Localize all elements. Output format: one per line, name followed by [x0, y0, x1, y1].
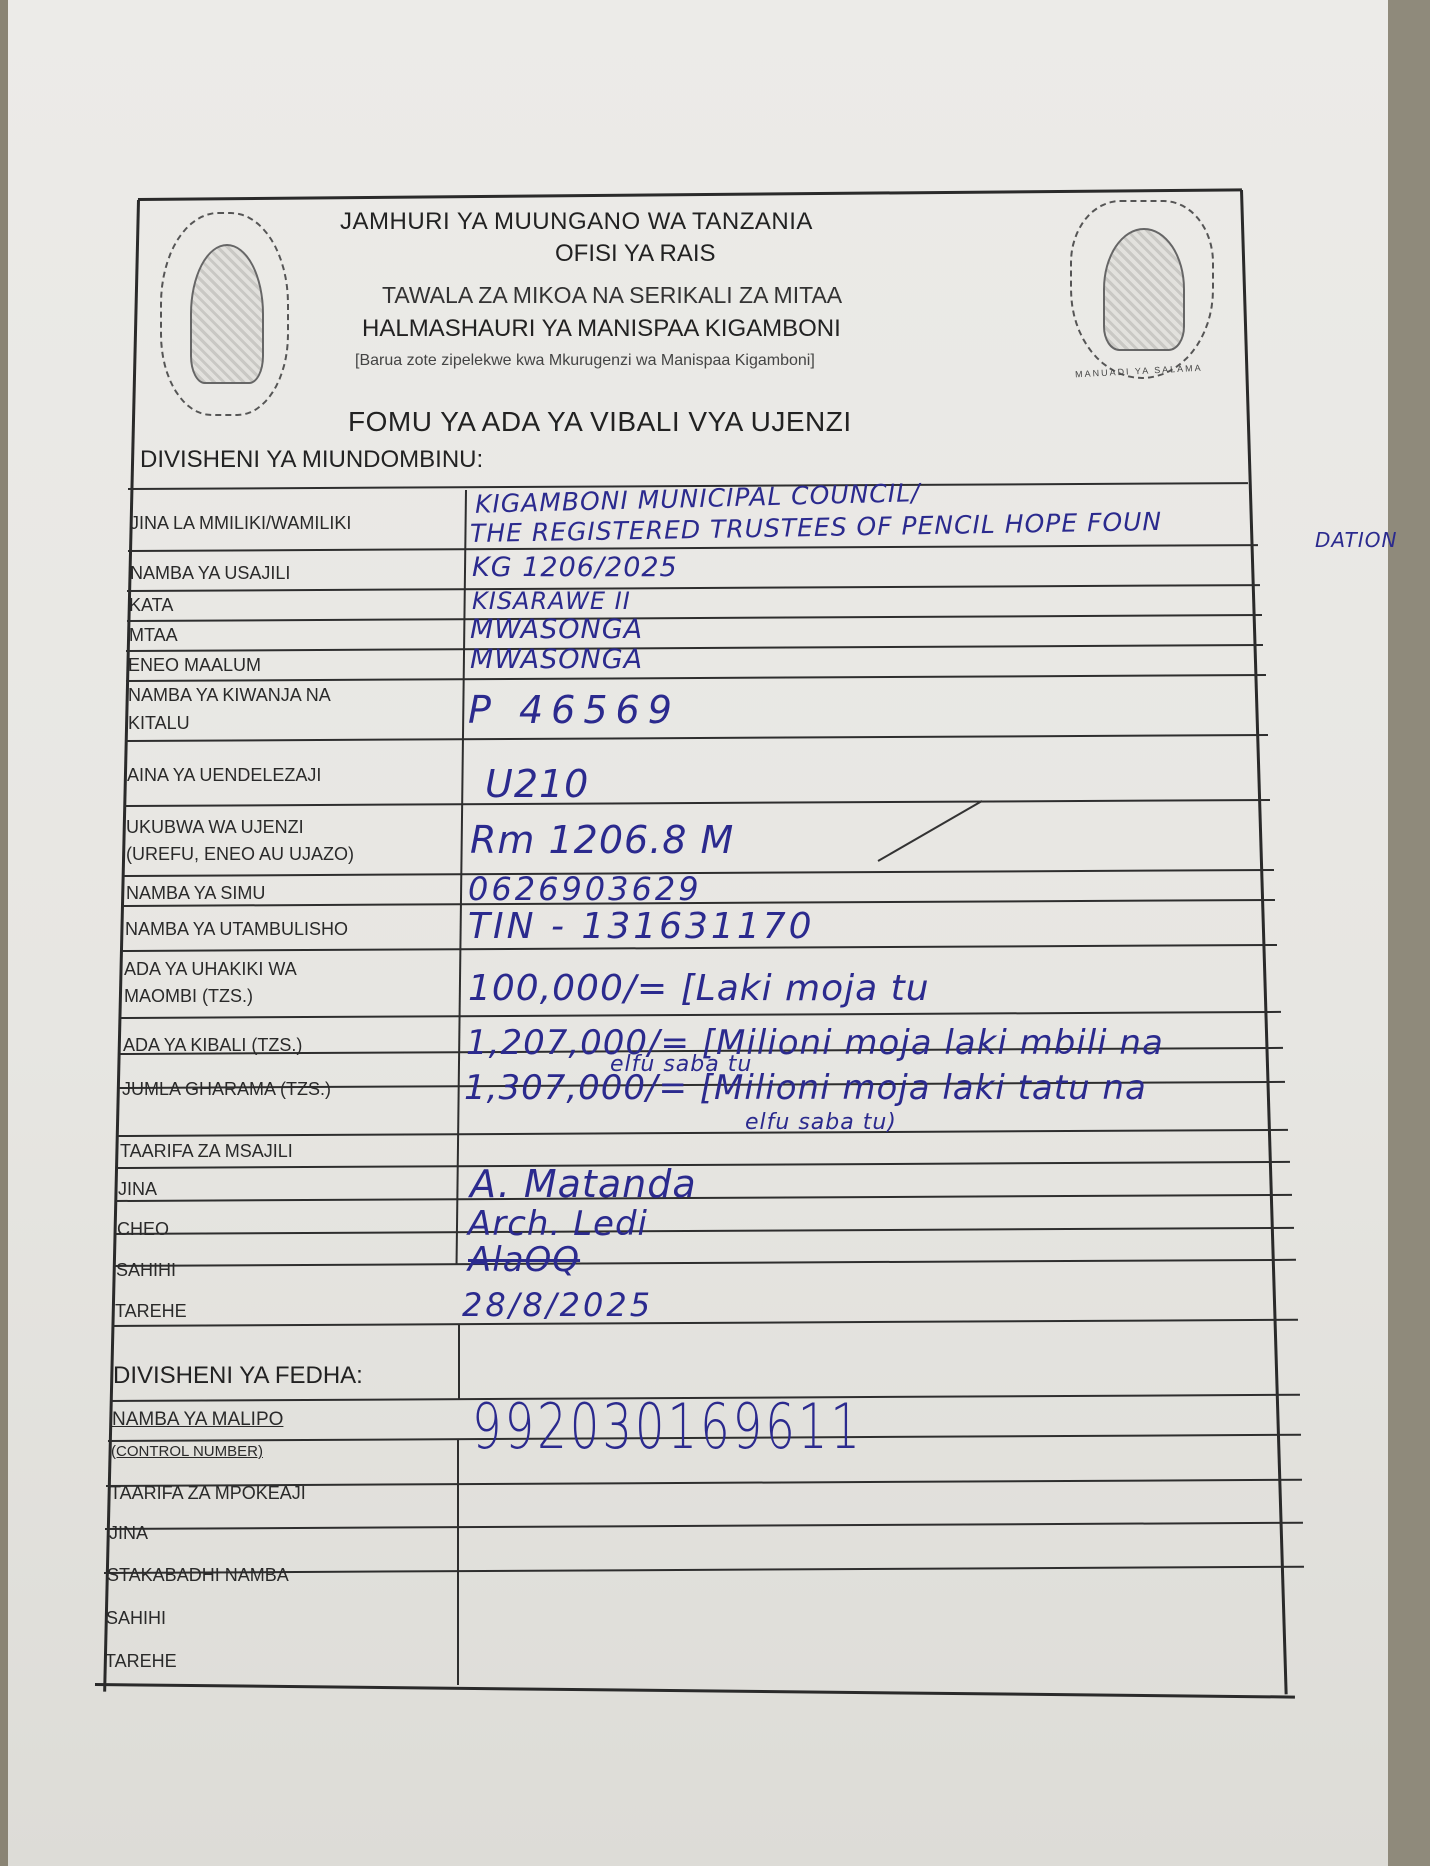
value-plot-number[interactable]: P 46569	[468, 688, 680, 732]
label-owner-name: JINA LA MMILIKI/WAMILIKI	[130, 512, 351, 535]
value-registrar-name[interactable]: A. Matanda	[470, 1162, 697, 1206]
value-total-cost[interactable]: 1,307,000/= [Milioni moja laki tatu na	[464, 1068, 1147, 1108]
header-line-1: JAMHURI YA MUUNGANO WA TANZANIA	[340, 208, 813, 236]
value-total-cost-cont[interactable]: elfu saba tu)	[745, 1110, 897, 1135]
value-id-number[interactable]: TIN - 131631170	[468, 906, 815, 947]
section-infrastructure-title: DIVISHENI YA MIUNDOMBINU:	[140, 446, 483, 474]
registrar-section-title: TAARIFA ZA MSAJILI	[120, 1140, 293, 1163]
label-development-type: AINA YA UENDELEZAJI	[127, 764, 321, 787]
header-line-4: HALMASHAURI YA MANISPAA KIGAMBONI	[362, 315, 841, 343]
value-street[interactable]: MWASONGA	[470, 614, 643, 645]
label-registrar-name: JINA	[118, 1178, 157, 1201]
label-registration-number: NAMBA YA USAJILI	[130, 562, 290, 585]
label-control-number: NAMBA YA MALIPO	[112, 1408, 283, 1431]
header-line-5: [Barua zote zipelekwe kwa Mkurugenzi wa …	[355, 352, 815, 370]
column-divider	[458, 1325, 460, 1400]
tanzania-coat-of-arms-icon	[160, 212, 289, 416]
label-phone-number: NAMBA YA SIMU	[126, 882, 265, 905]
label-id-number: NAMBA YA UTAMBULISHO	[125, 918, 348, 941]
form-title: FOMU YA ADA YA VIBALI VYA UJENZI	[348, 406, 852, 438]
background-surface	[1388, 0, 1430, 1866]
value-registrar-title[interactable]: Arch. Ledi	[468, 1204, 648, 1244]
label-registrar-title: CHEO	[117, 1218, 169, 1241]
label-special-area: ENEO MAALUM	[128, 654, 261, 677]
label-plot-number: NAMBA YA KIWANJA NAKITALU	[128, 684, 331, 739]
label-registrar-date: TAREHE	[115, 1300, 187, 1323]
label-registrar-signature: SAHIHI	[116, 1259, 176, 1282]
value-control-number[interactable]: 992030169611	[472, 1390, 863, 1463]
label-application-fee: ADA YA UHAKIKI WAMAOMBI (TZS.)	[124, 958, 297, 1011]
value-development-type[interactable]: U210	[485, 762, 589, 806]
label-building-size: UKUBWA WA UJENZI(UREFU, ENEO AU UJAZO)	[126, 816, 354, 869]
label-receipt-number: STAKABADHI NAMBA	[107, 1564, 289, 1587]
label-total-cost: JUMLA GHARAMA (TZS.)	[122, 1078, 331, 1101]
header-line-3: TAWALA ZA MIKOA NA SERIKALI ZA MITAA	[382, 282, 842, 309]
value-phone-number[interactable]: 0626903629	[468, 870, 702, 908]
value-registration-number[interactable]: KG 1206/2025	[472, 552, 678, 583]
label-recipient-signature: SAHIHI	[106, 1607, 166, 1630]
column-divider	[457, 1440, 459, 1685]
header-line-2: OFISI YA RAIS	[555, 240, 716, 268]
section-finance-title: DIVISHENI YA FEDHA:	[113, 1362, 363, 1390]
value-building-size[interactable]: Rm 1206.8 M	[470, 818, 734, 862]
value-owner-line-3[interactable]: DATION	[1315, 528, 1397, 552]
value-ward[interactable]: KISARAWE II	[472, 587, 631, 615]
label-permit-fee: ADA YA KIBALI (TZS.)	[123, 1034, 302, 1057]
value-permit-fee[interactable]: 1,207,000/= [Milioni moja laki mbili na	[466, 1023, 1164, 1063]
label-street: MTAA	[129, 624, 178, 647]
value-application-fee[interactable]: 100,000/= [Laki moja tu	[468, 968, 930, 1009]
label-ward: KATA	[129, 594, 173, 617]
value-registrar-date[interactable]: 28/8/2025	[462, 1286, 653, 1324]
kigamboni-municipal-emblem-icon	[1070, 200, 1214, 379]
value-special-area[interactable]: MWASONGA	[470, 644, 643, 675]
value-registrar-signature[interactable]: AlaOQ	[468, 1240, 580, 1280]
label-control-number-en: (CONTROL NUMBER)	[111, 1440, 263, 1463]
recipient-section-title: TAARIFA ZA MPOKEAJI	[110, 1482, 306, 1505]
label-recipient-name: JINA	[109, 1522, 148, 1545]
label-recipient-date: TAREHE	[105, 1650, 177, 1673]
